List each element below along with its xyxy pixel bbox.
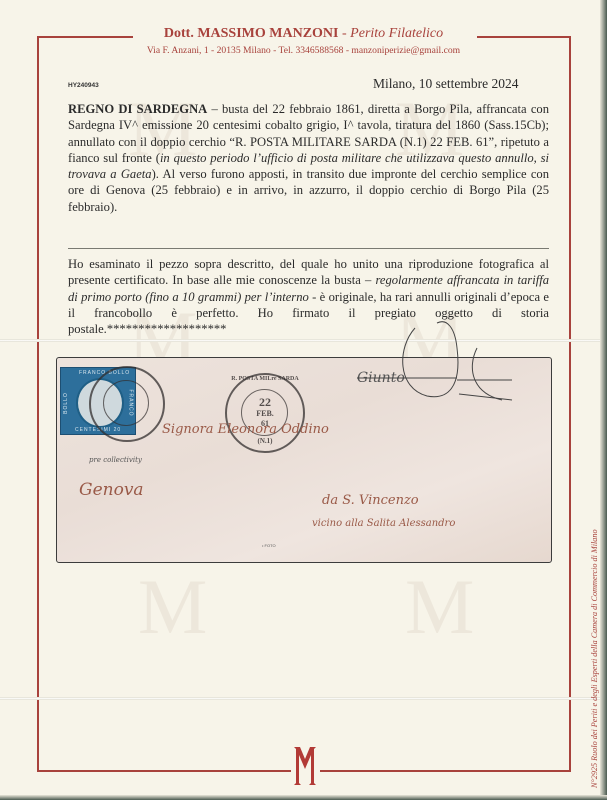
- stamp-left-text: BOLLO: [63, 392, 69, 414]
- address-street: da S. Vincenzo: [322, 493, 419, 508]
- envelope-photo: FRANCO BOLLO BOLLO FRANCO CENTESIMI 20 R…: [56, 357, 552, 563]
- page-edge-shadow: [600, 0, 607, 800]
- expert-title: Perito Filatelico: [350, 26, 443, 41]
- signature-icon: [297, 308, 557, 408]
- item-description: REGNO DI SARDEGNA – busta del 22 febbrai…: [68, 101, 549, 215]
- watermark-monogram-icon: M: [138, 568, 207, 646]
- frame-right: [569, 36, 571, 772]
- postmark-ring-text: R. POSTA MILre SARDA: [227, 376, 303, 382]
- postmark-day: 22: [227, 395, 303, 410]
- postmark-month: FEB.: [227, 409, 303, 418]
- postmark-on-stamp: [89, 366, 165, 442]
- frame-bottom-left: [37, 770, 291, 772]
- monogram-logo-icon: [291, 745, 319, 787]
- frame-left: [37, 36, 39, 772]
- expert-header: Dott. MASSIMO MANZONI - Perito Filatelic…: [0, 26, 607, 42]
- header-separator: -: [339, 26, 351, 41]
- registry-number: N°2925 Ruolo dei Periti e degli Esperti …: [590, 529, 599, 788]
- postmark-military: R. POSTA MILre SARDA 22 FEB. 61 (N.1): [225, 373, 305, 453]
- page-bottom-shadow: [0, 795, 607, 800]
- frame-bottom-right: [320, 770, 571, 772]
- pencil-note: pre collectivity: [89, 456, 142, 464]
- certificate-date: Milano, 10 settembre 2024: [373, 76, 518, 92]
- expert-address: Via F. Anzani, 1 - 20135 Milano - Tel. 3…: [0, 45, 607, 56]
- addressee-line: Signora Eleonora Oddino: [162, 422, 329, 437]
- address-city: Genova: [79, 480, 144, 500]
- address-detail: vicino alla Salita Alessandro: [312, 518, 455, 529]
- certificate-id: HY240943: [68, 82, 99, 89]
- section-divider: [68, 248, 549, 249]
- description-heading: REGNO DI SARDEGNA: [68, 102, 207, 116]
- paper-fold: [0, 697, 600, 700]
- watermark-monogram-icon: M: [405, 568, 474, 646]
- photo-mark: • FOTO: [262, 543, 276, 548]
- expert-name: Dott. MASSIMO MANZONI: [164, 26, 339, 41]
- postmark-office: (N.1): [227, 437, 303, 445]
